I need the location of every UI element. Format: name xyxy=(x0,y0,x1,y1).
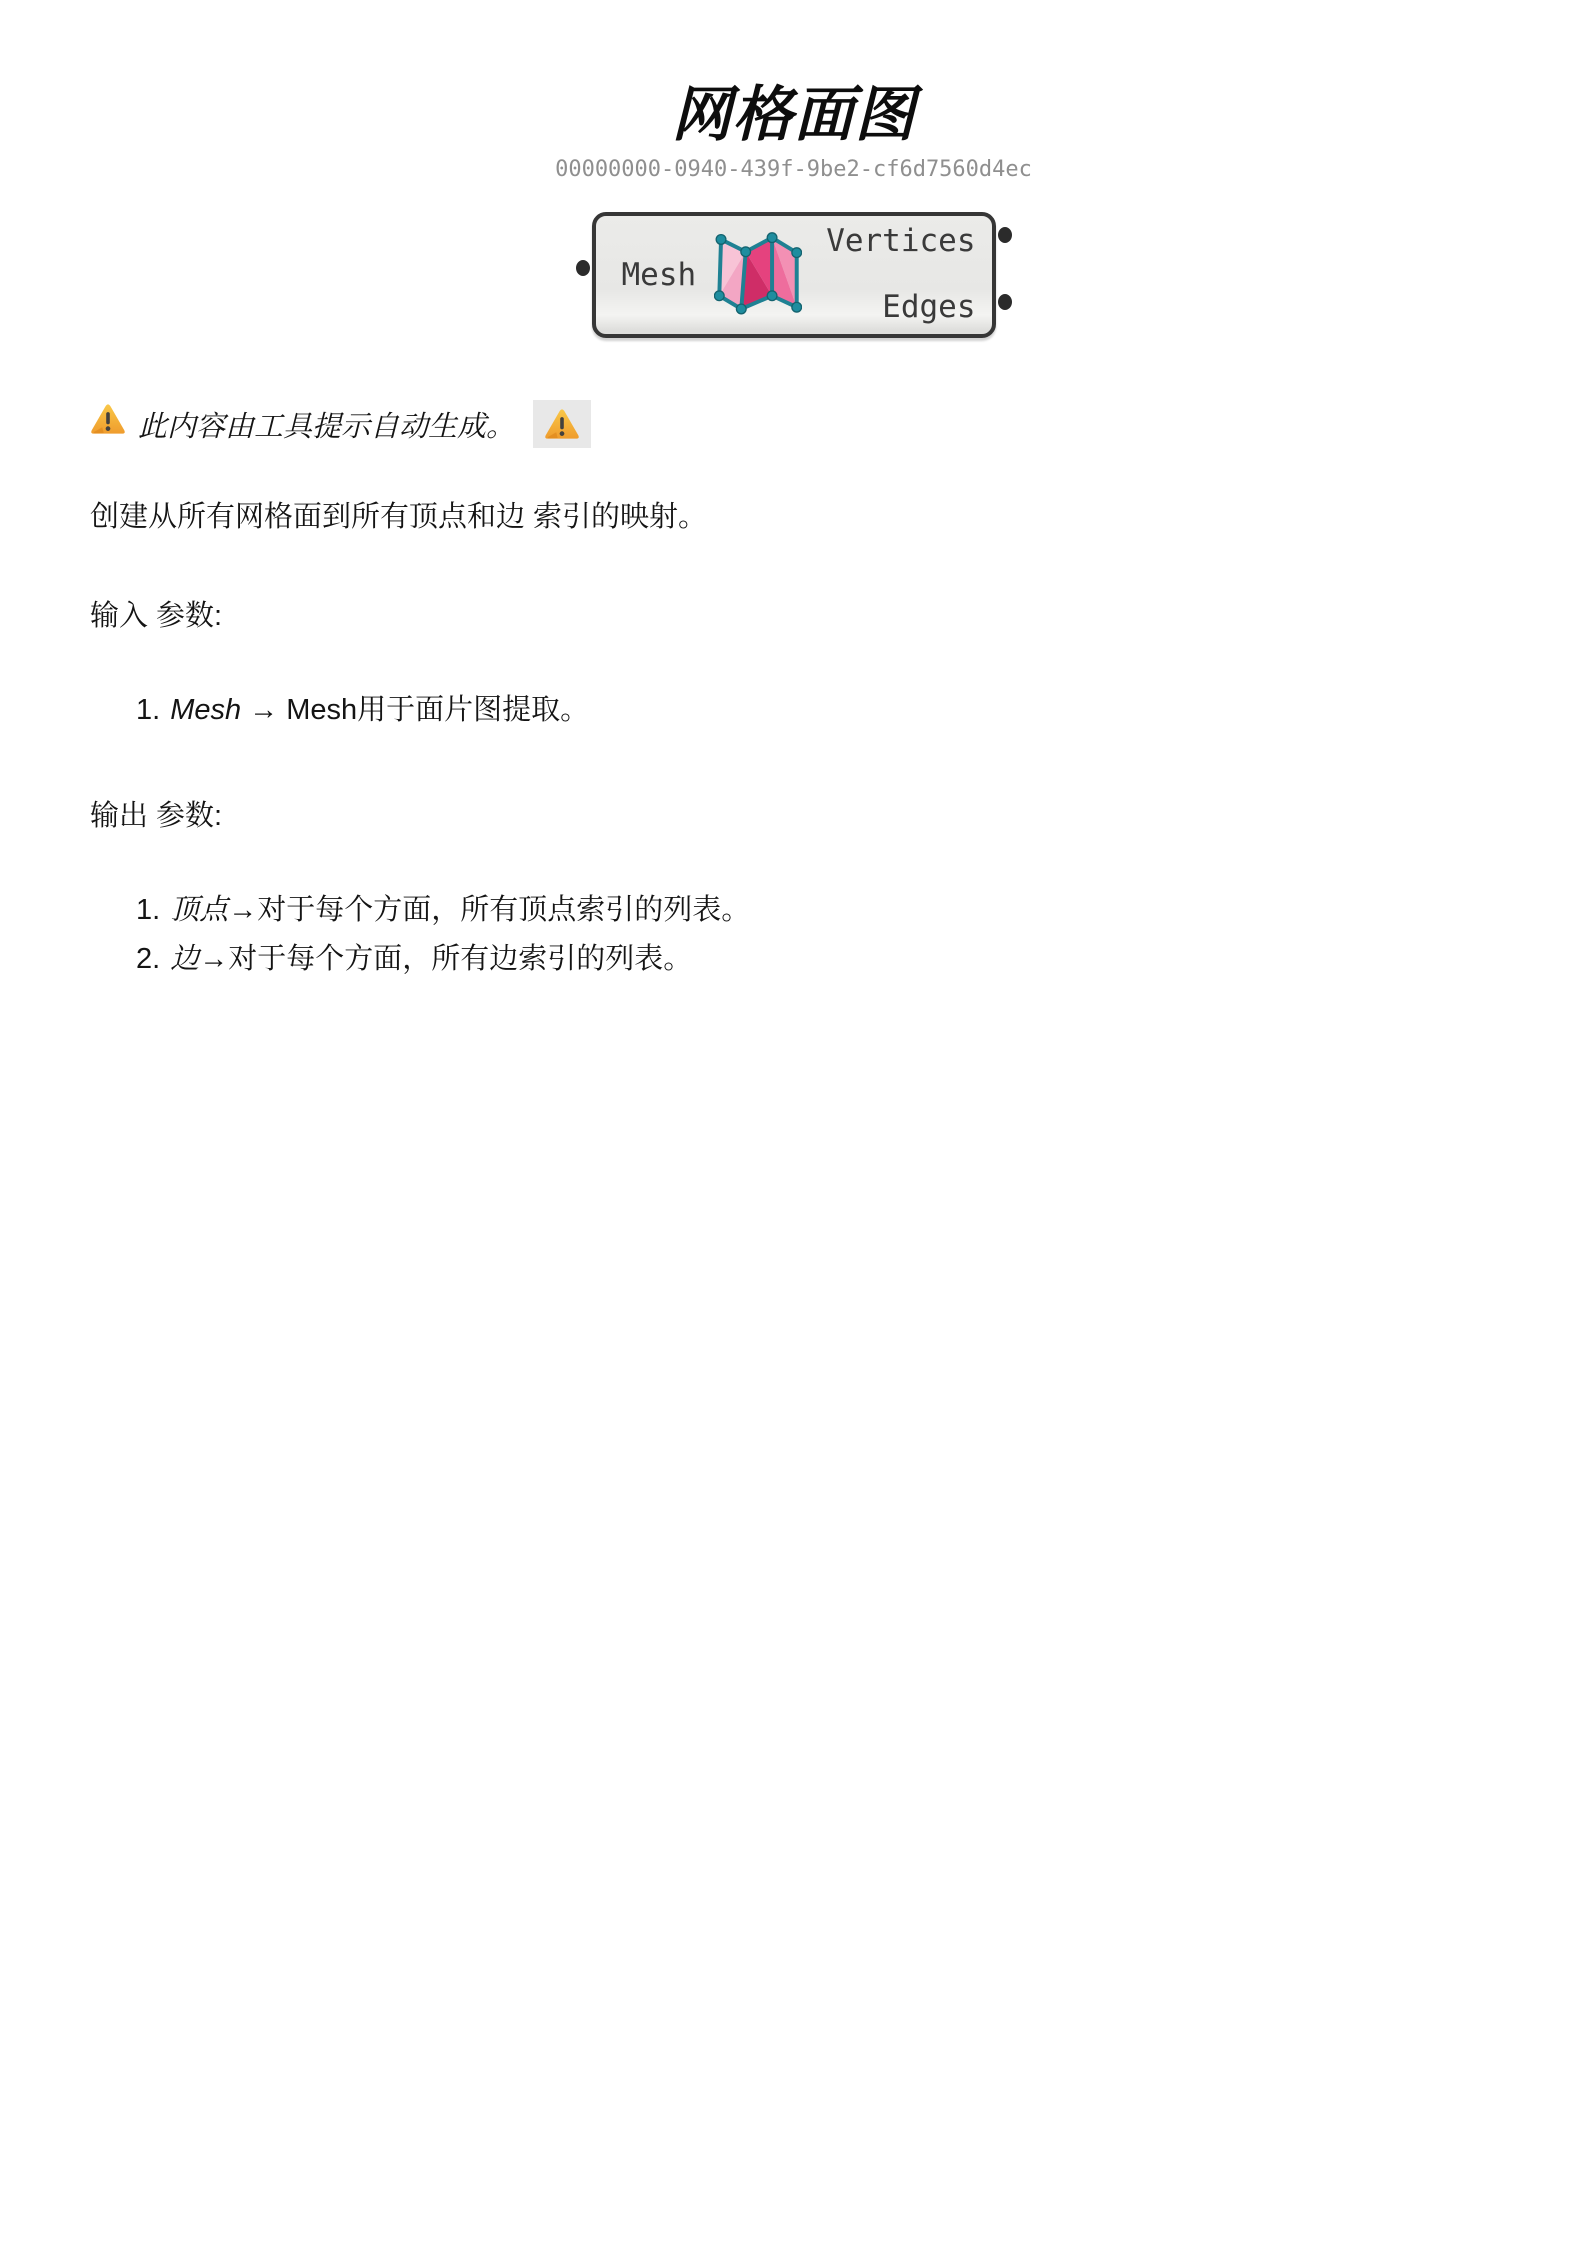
node-output-labels: Vertices Edges xyxy=(826,216,975,334)
list-index: 2. xyxy=(136,943,160,975)
output-port-grip-vertices xyxy=(998,227,1012,243)
output-param-vertices: 1.顶点→对于每个方面，所有顶点索引的列表。 xyxy=(136,886,1497,935)
list-index: 1. xyxy=(136,694,160,726)
outputs-list: 1.顶点→对于每个方面，所有顶点索引的列表。 2.边→对于每个方面，所有边索引的… xyxy=(90,886,1497,984)
param-name: Mesh xyxy=(170,694,241,726)
component-guid: 00000000-0940-439f-9be2-cf6d7560d4ec xyxy=(0,157,1587,182)
auto-generated-notice: 此内容由工具提示自动生成。 xyxy=(90,400,1497,448)
mesh-faces-icon xyxy=(714,228,802,324)
output-port-grip-edges xyxy=(998,294,1012,310)
inputs-heading: 输入 参数: xyxy=(90,593,1497,634)
node-input-label: Mesh xyxy=(622,257,697,293)
param-name: 顶点 xyxy=(170,894,228,926)
arrow-separator: → xyxy=(241,694,286,726)
input-param-mesh: 1.Mesh → Mesh用于面片图提取。 xyxy=(136,686,1497,735)
warning-icon xyxy=(90,403,126,445)
node-output-edges: Edges xyxy=(882,289,975,325)
warning-icon-box xyxy=(533,400,591,448)
param-description: Mesh用于面片图提取。 xyxy=(286,694,589,726)
param-description: 对于每个方面，所有边索引的列表。 xyxy=(228,943,692,975)
node-output-vertices: Vertices xyxy=(826,223,975,259)
outputs-heading: 输出 参数: xyxy=(90,793,1497,834)
inputs-list: 1.Mesh → Mesh用于面片图提取。 xyxy=(90,686,1497,735)
auto-generated-text: 此内容由工具提示自动生成。 xyxy=(138,404,515,445)
page-title: 网格面图 xyxy=(0,80,1587,149)
component-description: 创建从所有网格面到所有顶点和边 索引的映射。 xyxy=(90,494,1497,535)
grasshopper-node: Mesh xyxy=(592,212,996,338)
arrow-separator: → xyxy=(199,943,228,975)
input-port-grip xyxy=(576,260,590,276)
param-description: 对于每个方面，所有顶点索引的列表。 xyxy=(257,894,750,926)
page-header: 网格面图 00000000-0940-439f-9be2-cf6d7560d4e… xyxy=(0,80,1587,182)
param-name: 边 xyxy=(170,943,199,975)
list-index: 1. xyxy=(136,894,160,926)
output-param-edges: 2.边→对于每个方面，所有边索引的列表。 xyxy=(136,935,1497,984)
component-illustration: Mesh xyxy=(0,212,1587,338)
arrow-separator: → xyxy=(228,894,257,926)
doc-content: 此内容由工具提示自动生成。 创建从所有网格面到所有顶点和边 索引的映射。 输入 … xyxy=(0,400,1587,984)
node-body: Mesh xyxy=(592,212,996,338)
